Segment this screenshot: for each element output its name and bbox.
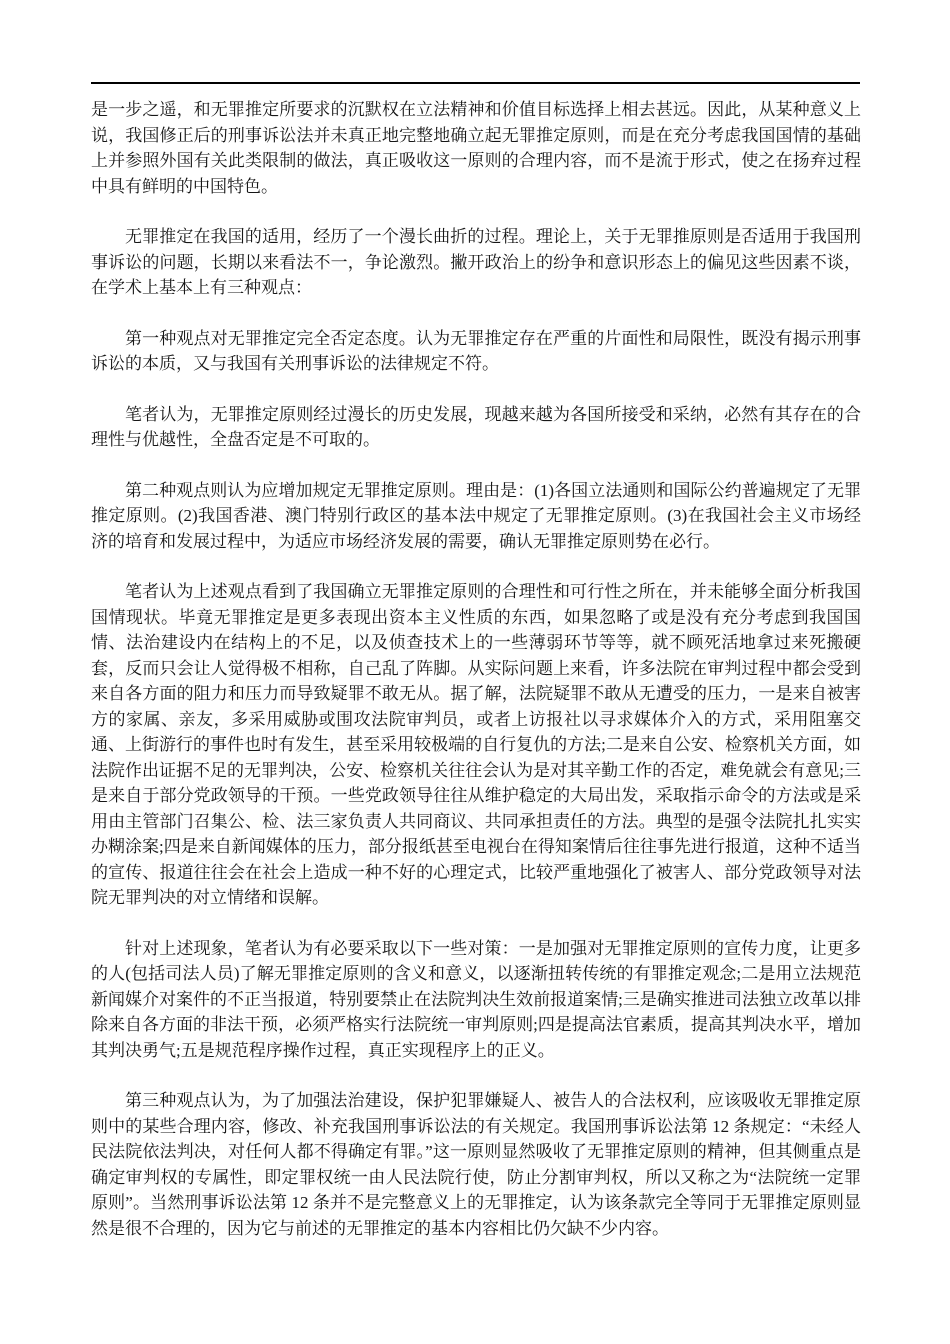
paragraph-viewpoint-2: 第二种观点则认为应增加规定无罪推定原则。理由是：(1)各国立法通则和国际公约普遍… — [91, 478, 861, 555]
paragraph-viewpoint-3: 第三种观点认为，为了加强法治建设，保护犯罪嫌疑人、被告人的合法权利，应该吸收无罪… — [91, 1088, 861, 1241]
top-rule — [91, 82, 860, 84]
paragraph-author-comment-1: 笔者认为，无罪推定原则经过漫长的历史发展，现越来越为各国所接受和采纳，必然有其存… — [91, 402, 861, 453]
paragraph-author-comment-2: 笔者认为上述观点看到了我国确立无罪推定原则的合理性和可行性之所在，并未能够全面分… — [91, 579, 861, 911]
paragraph-viewpoint-1: 第一种观点对无罪推定完全否定态度。认为无罪推定存在严重的片面性和局限性，既没有揭… — [91, 326, 861, 377]
document-body: 是一步之遥，和无罪推定所要求的沉默权在立法精神和价值目标选择上相去甚远。因此，从… — [91, 97, 861, 1266]
paragraph-continuation: 是一步之遥，和无罪推定所要求的沉默权在立法精神和价值目标选择上相去甚远。因此，从… — [91, 97, 861, 199]
paragraph-countermeasures: 针对上述现象，笔者认为有必要采取以下一些对策：一是加强对无罪推定原则的宣传力度，… — [91, 936, 861, 1064]
paragraph-intro: 无罪推定在我国的适用，经历了一个漫长曲折的过程。理论上，关于无罪推原则是否适用于… — [91, 224, 861, 301]
document-page: 是一步之遥，和无罪推定所要求的沉默权在立法精神和价值目标选择上相去甚远。因此，从… — [0, 0, 950, 1344]
